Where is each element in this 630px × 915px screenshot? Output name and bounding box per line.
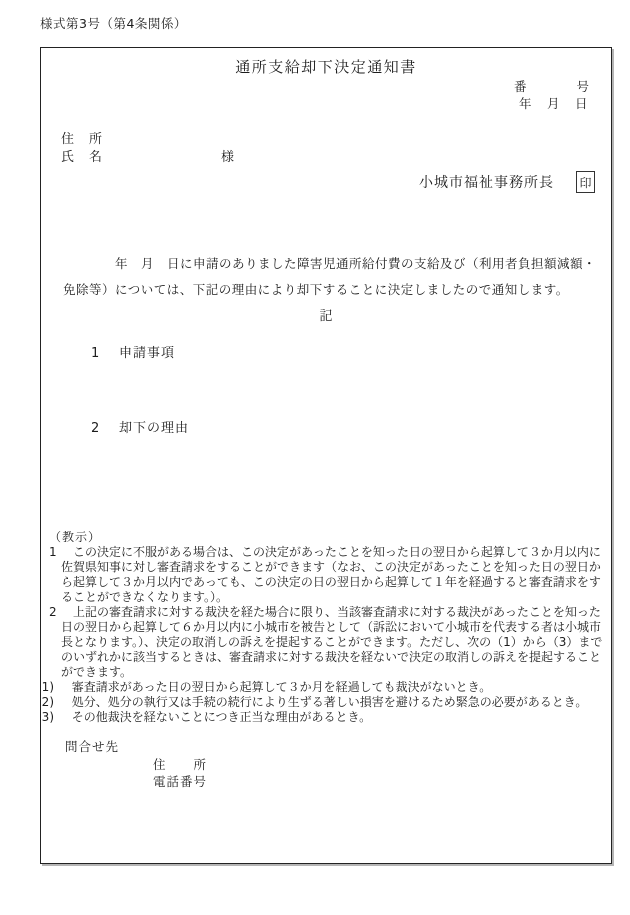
record-heading: 記 [41, 309, 611, 325]
document-number-line: 番 号 [41, 78, 589, 95]
notice-subitem-number: (2) [40, 695, 72, 710]
notice-item-number: 1 [49, 545, 73, 560]
record-item-number: 1 [91, 346, 119, 362]
notice-subitem-2: (2)処分、処分の執行又は手続の続行により生ずる著しい損害を避けるため緊急の必要… [49, 695, 605, 710]
record-item-application: 1申請事項 [91, 346, 611, 362]
record-item-number: 2 [91, 421, 119, 437]
record-item-label: 申請事項 [119, 346, 175, 361]
notification-body-paragraph: 年 月 日に申請のありました障害児通所給付費の支給及び（利用者負担額減額・免除等… [63, 251, 608, 303]
notice-subitem-number: (1) [40, 680, 72, 695]
issuer-title: 小城市福祉事務所長 [419, 172, 554, 192]
form-number-label: 様式第3号（第4条関係） [40, 14, 187, 32]
recipient-honorific: 様 [221, 149, 235, 167]
contact-phone-label: 電話番号 [153, 773, 611, 791]
notice-subitem-1: (1)審査請求があった日の翌日から起算して３か月を経過しても裁決がないとき。 [49, 680, 605, 695]
contact-label: 問合せ先 [65, 738, 611, 756]
document-frame: 通所支給却下決定通知書 番 号 年 月 日 住 所 氏 名 様 小城市福祉事務所… [40, 47, 612, 864]
record-item-rejection-reason: 2却下の理由 [91, 421, 611, 437]
notice-item-number: 2 [49, 605, 73, 620]
issuer-line: 小城市福祉事務所長 印 [41, 171, 611, 193]
recipient-name-label: 氏 名 [61, 149, 103, 167]
document-date-line: 年 月 日 [41, 95, 589, 112]
notice-subitem-number: (3) [40, 710, 72, 725]
appeal-notice-block: （教示） 1この決定に不服がある場合は、この決定があったことを知った日の翌日から… [49, 530, 605, 725]
notice-item-text: 上記の審査請求に対する裁決を経た場合に限り、当該審査請求に対する裁決があったこと… [61, 605, 602, 679]
recipient-name-line: 氏 名 様 [61, 149, 611, 167]
notice-heading: （教示） [49, 530, 605, 545]
recipient-block: 住 所 氏 名 様 [61, 131, 611, 167]
document-page: 様式第3号（第4条関係） 通所支給却下決定通知書 番 号 年 月 日 住 所 氏… [0, 0, 630, 915]
recipient-address-label: 住 所 [61, 131, 611, 149]
header-number-block: 番 号 年 月 日 [41, 78, 611, 112]
contact-block: 問合せ先 住 所 電話番号 [65, 738, 611, 791]
record-item-label: 却下の理由 [119, 421, 189, 436]
seal-placeholder-box: 印 [576, 171, 595, 193]
notice-item-2: 2上記の審査請求に対する裁決を経た場合に限り、当該審査請求に対する裁決があったこ… [49, 605, 605, 680]
notice-item-1: 1この決定に不服がある場合は、この決定があったことを知った日の翌日から起算して３… [49, 545, 605, 605]
notice-subitem-text: その他裁決を経ないことにつき正当な理由があるとき。 [72, 710, 371, 724]
notice-subitem-text: 処分、処分の執行又は手続の続行により生ずる著しい損害を避けるため緊急の必要がある… [72, 695, 588, 709]
notice-item-text: この決定に不服がある場合は、この決定があったことを知った日の翌日から起算して３か… [61, 545, 601, 604]
contact-address-label: 住 所 [153, 756, 611, 774]
notice-subitem-3: (3)その他裁決を経ないことにつき正当な理由があるとき。 [49, 710, 605, 725]
notice-subitem-text: 審査請求があった日の翌日から起算して３か月を経過しても裁決がないとき。 [72, 680, 491, 694]
document-title: 通所支給却下決定通知書 [41, 56, 611, 78]
